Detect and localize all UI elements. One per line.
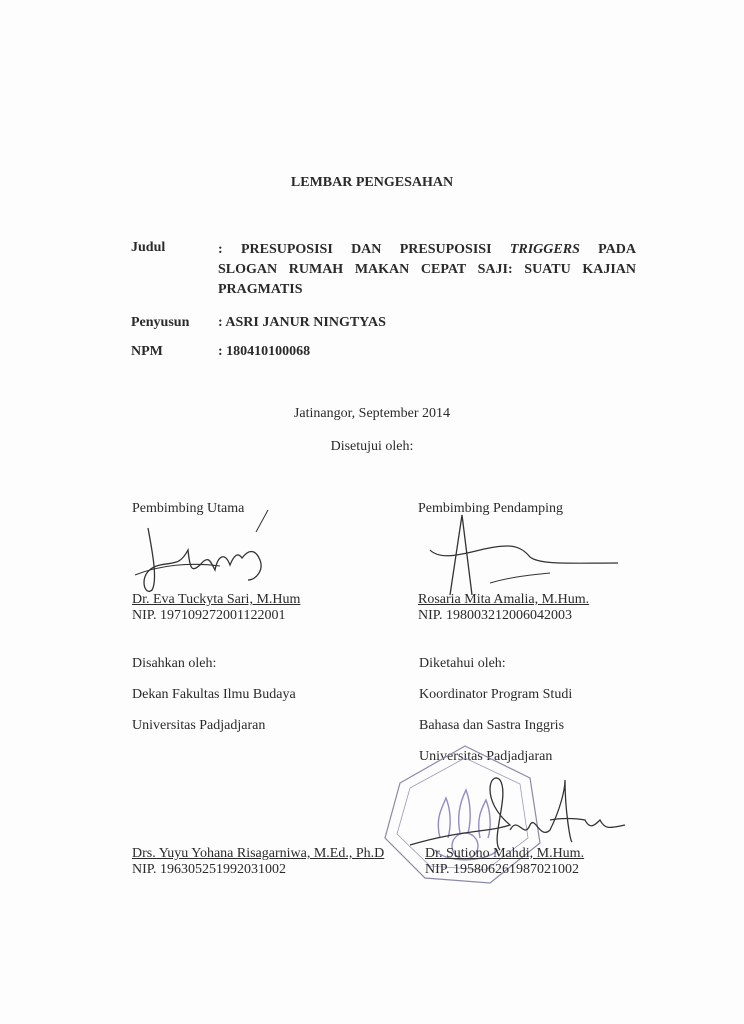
acknowledged-heading: Diketahui oleh: <box>419 656 506 672</box>
judul-italic: TRIGGERS <box>510 242 580 257</box>
judul-line-2: SLOGAN RUMAH MAKAN CEPAT SAJI: SUATU KAJ… <box>218 260 636 280</box>
co-advisor-nip: NIP. 198003212006042003 <box>418 608 572 624</box>
coordinator-nip: NIP. 195806261987021002 <box>425 862 579 878</box>
penyusun-label: Penyusun <box>131 315 189 331</box>
coordinator-name: Dr. Sutiono Mahdi, M.Hum. <box>425 846 584 862</box>
acknowledged-line-2: Bahasa dan Sastra Inggris <box>419 718 564 734</box>
dean-name: Drs. Yuyu Yohana Risagarniwa, M.Ed., Ph.… <box>132 846 384 862</box>
main-advisor-name: Dr. Eva Tuckyta Sari, M.Hum <box>132 592 300 608</box>
judul-line-3: PRAGMATIS <box>218 280 636 300</box>
dean-nip: NIP. 196305251992031002 <box>132 862 286 878</box>
ratified-heading: Disahkan oleh: <box>132 656 216 672</box>
co-advisor-signature <box>420 505 640 600</box>
place-date: Jatinangor, September 2014 <box>0 406 744 422</box>
judul-label: Judul <box>131 240 165 256</box>
judul-line-1: : PRESUPOSISI DAN PRESUPOSISI TRIGGERS P… <box>218 240 636 260</box>
ratified-line-1: Dekan Fakultas Ilmu Budaya <box>132 687 296 703</box>
judul-tail: PADA <box>580 242 636 257</box>
main-advisor-nip: NIP. 197109272001122001 <box>132 608 286 624</box>
judul-line-1-text: : PRESUPOSISI DAN PRESUPOSISI <box>218 242 510 257</box>
penyusun-value: : ASRI JANUR NINGTYAS <box>218 315 386 331</box>
main-advisor-signature <box>130 510 310 600</box>
page-title: LEMBAR PENGESAHAN <box>0 175 744 191</box>
co-advisor-name: Rosaria Mita Amalia, M.Hum. <box>418 592 589 608</box>
acknowledged-line-1: Koordinator Program Studi <box>419 687 572 703</box>
approved-by: Disetujui oleh: <box>0 439 744 455</box>
npm-label: NPM <box>131 344 163 360</box>
npm-value: : 180410100068 <box>218 344 310 360</box>
judul-value: : PRESUPOSISI DAN PRESUPOSISI TRIGGERS P… <box>218 240 636 300</box>
ratified-line-2: Universitas Padjadjaran <box>132 718 265 734</box>
